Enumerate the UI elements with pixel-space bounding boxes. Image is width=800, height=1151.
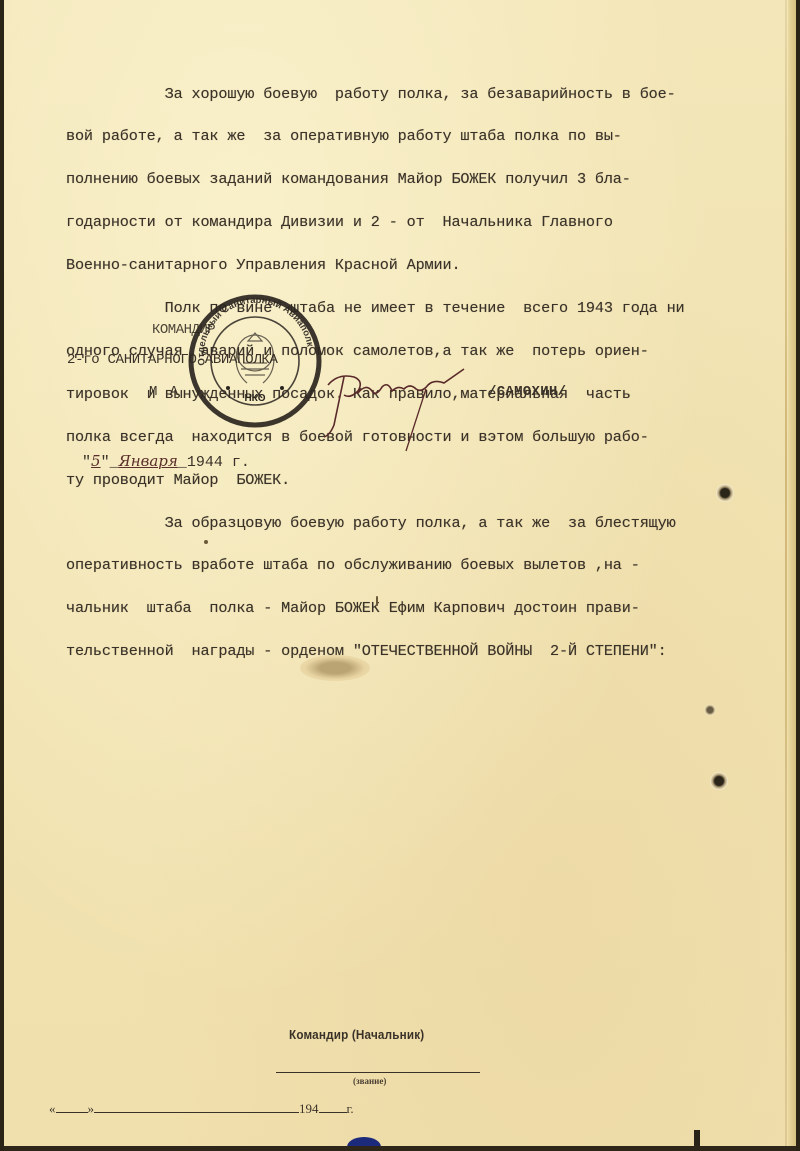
month-blank bbox=[94, 1104, 299, 1113]
award-sheet-page: За хорошую боевую работу полка, за безав… bbox=[4, 0, 796, 1151]
form-footer: Командир (Начальник) (звание) «»194г. bbox=[4, 0, 796, 1151]
commander-label: Командир (Начальник) bbox=[289, 1027, 424, 1042]
year-suffix: г. bbox=[347, 1101, 354, 1116]
year-prefix: 194 bbox=[299, 1101, 319, 1116]
rank-caption: (звание) bbox=[353, 1076, 386, 1086]
blank-date-field: «»194г. bbox=[49, 1101, 354, 1117]
page-bottom-edge bbox=[4, 1146, 796, 1151]
day-blank bbox=[56, 1104, 88, 1113]
year-blank bbox=[319, 1104, 347, 1113]
rank-field-line bbox=[276, 1072, 480, 1073]
